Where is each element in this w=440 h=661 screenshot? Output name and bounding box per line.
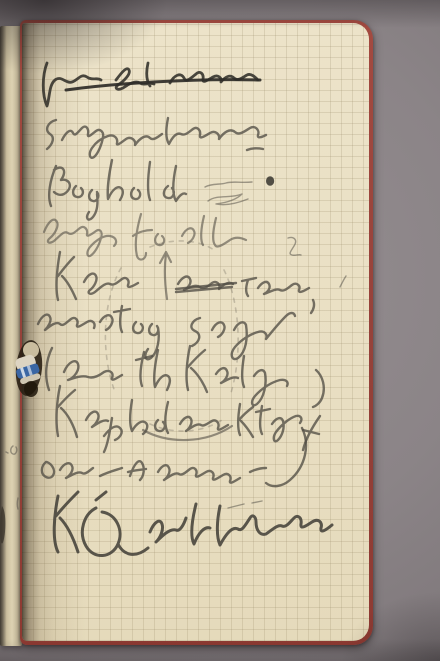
notebook-photo (0, 0, 440, 661)
notebook-page (22, 23, 369, 641)
facing-page-edge (0, 26, 22, 646)
